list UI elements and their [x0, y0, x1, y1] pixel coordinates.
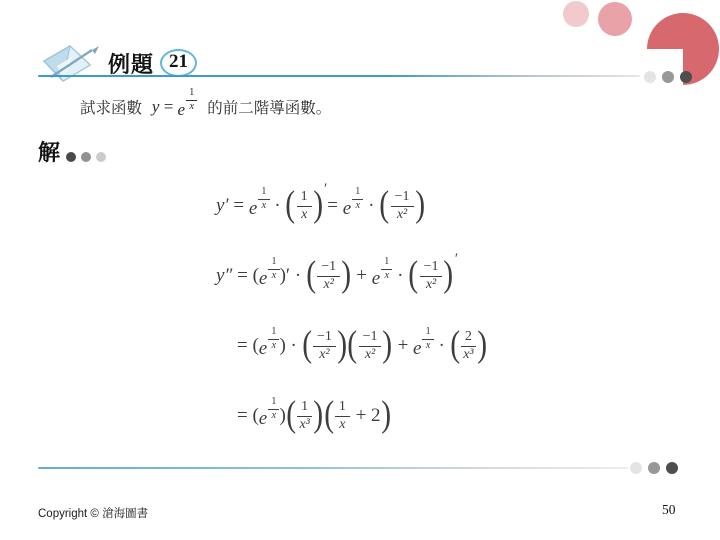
divider-dot: [644, 71, 656, 83]
header-divider: [38, 75, 640, 77]
solution-dot: [96, 152, 106, 162]
page-number: 50: [662, 502, 676, 518]
example-title: 例題: [108, 48, 154, 79]
example-number-badge: 21: [160, 49, 197, 77]
note-pencil-icon: [36, 43, 102, 83]
corner-circles-decoration: [550, 0, 720, 100]
copyright: Copyright © 滄海圖書: [38, 505, 148, 521]
problem-text-suffix: 的前二階導函數。: [203, 96, 331, 118]
solution-dot: [81, 152, 91, 162]
divider-dot: [662, 71, 674, 83]
footer-divider: [38, 467, 628, 469]
slide: 例題 21 試求函數 y = e1x 的前二階導函數。 解 y′ = e1x ·…: [0, 0, 720, 540]
problem-statement: 試求函數 y = e1x 的前二階導函數。: [80, 86, 331, 128]
solution-dot: [66, 152, 76, 162]
equation-line: y″ = (e1x)′ · (−1x²) + e1x · (−1x²)′: [216, 246, 487, 306]
divider-dot: [648, 462, 660, 474]
equation-line: = (e1x)(1x³)(1x + 2): [237, 386, 487, 446]
slide-header: 例題 21: [36, 42, 197, 84]
problem-text-prefix: 試求函數: [80, 96, 146, 118]
solution-marker: 解: [38, 142, 106, 164]
divider-dot: [680, 71, 692, 83]
equations: y′ = e1x · (1x)′= e1x · (−1x²)y″ = (e1x)…: [216, 176, 487, 456]
divider-dot: [630, 462, 642, 474]
equation-line: = (e1x) · (−1x²)(−1x²) + e1x · (2x³): [237, 316, 487, 376]
problem-math: y = e1x: [152, 94, 197, 119]
equation-line: y′ = e1x · (1x)′= e1x · (−1x²): [216, 176, 487, 236]
divider-dot: [666, 462, 678, 474]
solution-label: 解: [38, 142, 60, 164]
